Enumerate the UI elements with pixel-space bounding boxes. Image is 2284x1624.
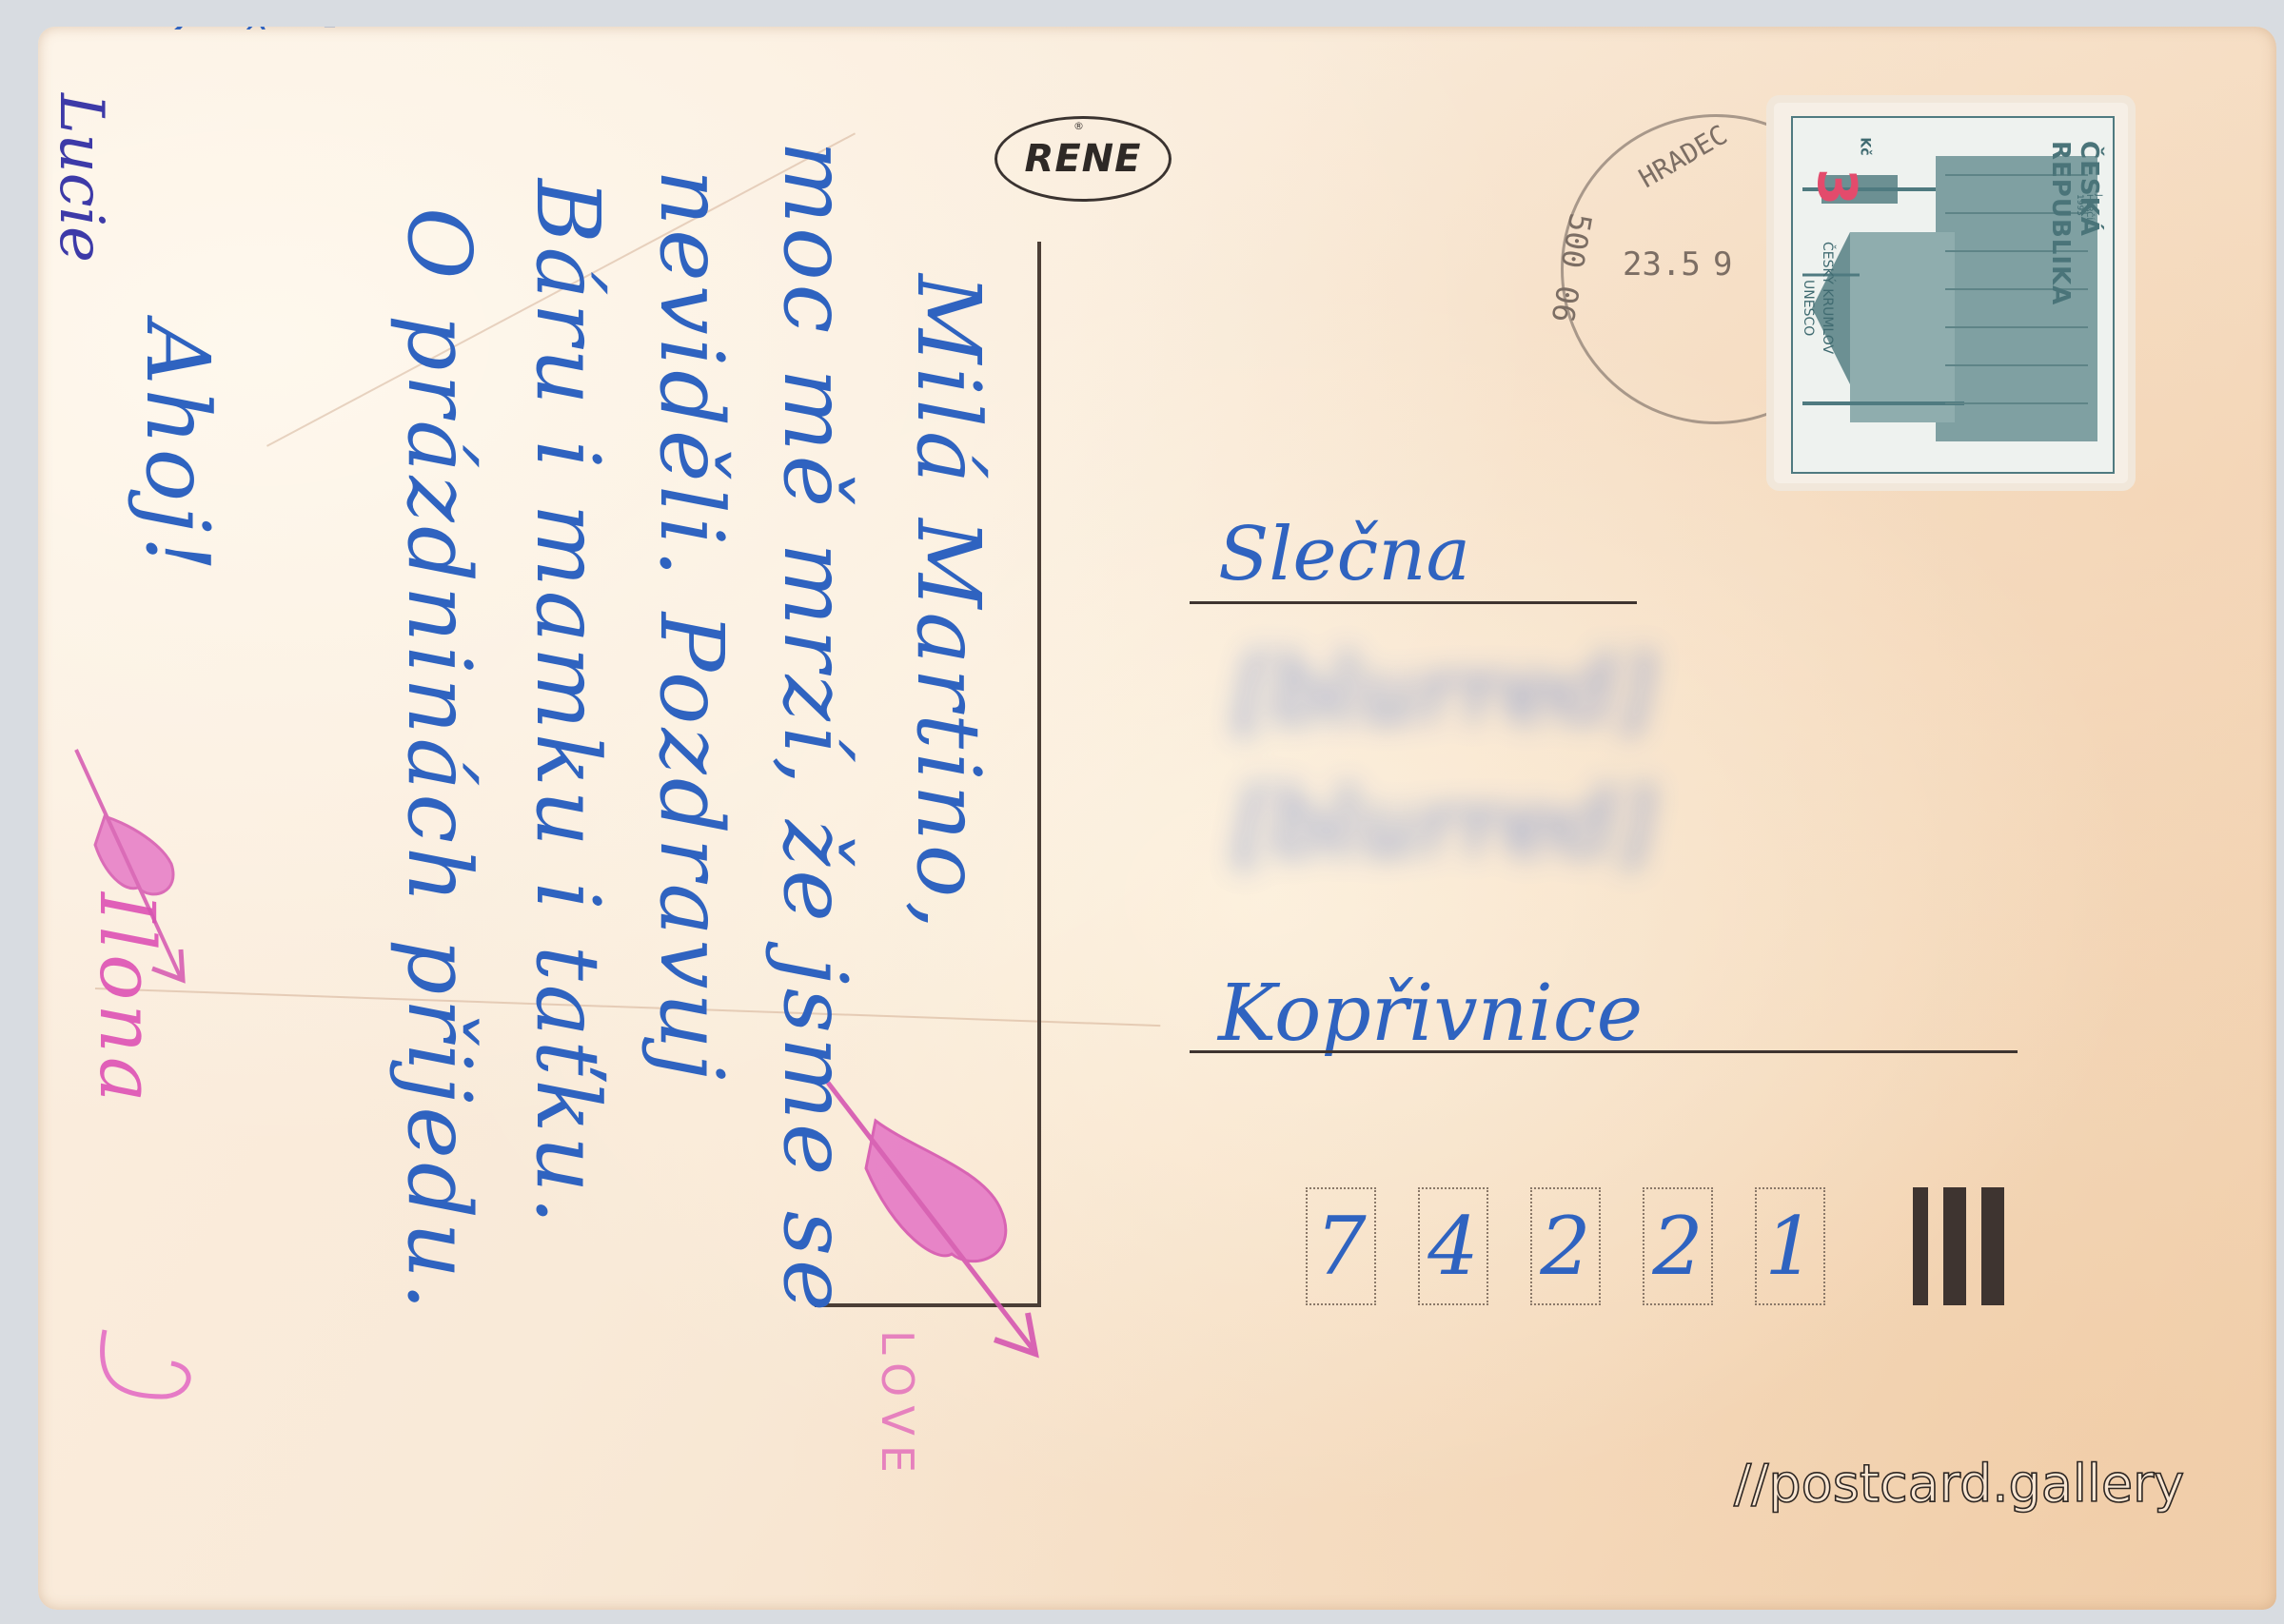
stamp-caption: UNESCO (1801, 280, 1816, 336)
postage-stamp: 3 Kč ČESKÝ KRUMLOV UNESCO J. HERČÍK 1993… (1774, 103, 2128, 483)
postal-code-box: 1 (1755, 1187, 1825, 1305)
postal-code-digit: 1 (1764, 1200, 1815, 1293)
pink-scribble (103, 1330, 189, 1397)
recipient-name-blurred: [blurred] (1235, 624, 2217, 757)
stamp-currency: Kč (1858, 137, 1873, 155)
watermark: //postcard.gallery (1734, 1454, 2184, 1514)
recipient-street-blurred: [blurred] (1235, 757, 2217, 890)
postal-code-box: 7 (1306, 1187, 1376, 1305)
postal-code-digit: 7 (1315, 1200, 1366, 1293)
heart-arrow-icon (76, 750, 183, 980)
heart-arrow-icon (828, 1083, 1035, 1354)
postal-code-bar (1981, 1187, 2004, 1305)
postal-code-digit: 4 (1427, 1200, 1478, 1293)
postal-code-box: 4 (1418, 1187, 1488, 1305)
redacted-address: [blurred] [blurred] (1235, 624, 2217, 902)
address-line (1190, 1050, 2018, 1053)
postal-code-digit: 2 (1652, 1200, 1703, 1293)
stamp-country: ČESKÁ REPUBLIKA (2046, 141, 2103, 305)
recipient-salutation: Slečna (1218, 512, 1470, 597)
postmark-year: 9 (1713, 245, 1732, 284)
postcard: RENE ® Milá Martino, moc mě mrzí, že jsm… (38, 27, 2276, 1610)
stamp-value: 3 (1805, 168, 1867, 205)
address-line (1190, 601, 1637, 604)
postal-code-digit: 2 (1540, 1200, 1590, 1293)
postal-code-bar (1913, 1187, 1928, 1305)
recipient-city: Kopřivnice (1218, 969, 1643, 1059)
postmark-date: 23.5 (1623, 245, 1701, 284)
postal-code-box: 2 (1530, 1187, 1601, 1305)
postal-code-box: 2 (1643, 1187, 1713, 1305)
stamp-caption: ČESKÝ KRUMLOV (1820, 242, 1835, 354)
postal-code-bar (1943, 1187, 1966, 1305)
